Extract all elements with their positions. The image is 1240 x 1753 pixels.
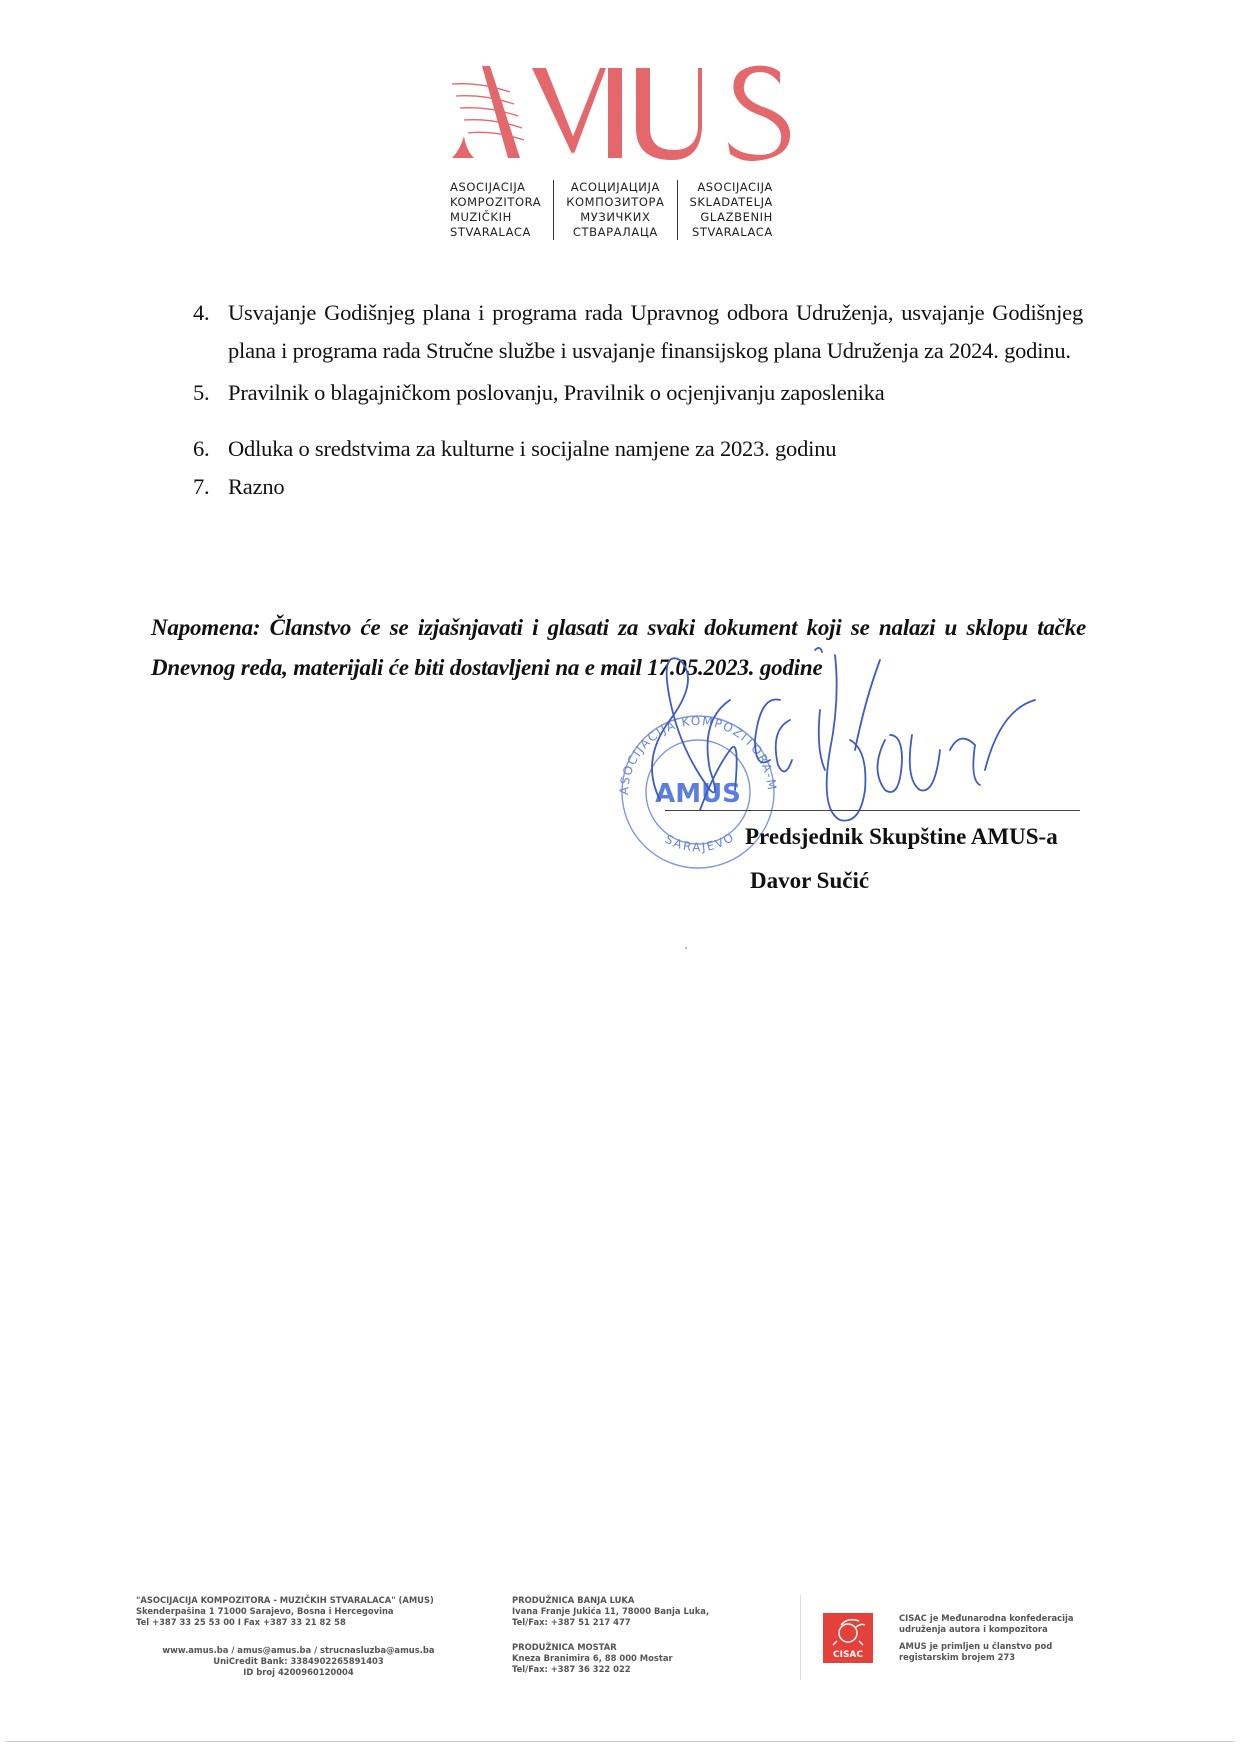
signatory-title: Predsjednik Skupštine AMUS-a: [745, 824, 1058, 850]
agenda-text: Odluka o sredstvima za kulturne i socija…: [228, 430, 1083, 468]
footer-line: ID broj 4200960120004: [136, 1667, 461, 1678]
tagline-latin-bs: ASOCIJACIJA KOMPOZITORA MUZIČKIH STVARAL…: [450, 180, 553, 240]
tagline-line: STVARALACA: [450, 225, 541, 240]
amus-logo-mark: [450, 58, 800, 168]
tagline-line: KOMPOZITORA: [450, 195, 541, 210]
tagline-line: MUZIČKIH: [450, 210, 541, 225]
stamp-city: SARAJEVO: [663, 829, 738, 854]
scan-edge-line: [5, 1741, 1235, 1742]
tagline-line: МУЗИЧКИХ: [566, 210, 664, 225]
signature-line: [665, 810, 1080, 811]
footer-line: Skenderpašina 1 71000 Sarajevo, Bosna i …: [136, 1606, 434, 1617]
tagline-line: STVARALACA: [690, 225, 773, 240]
footer-web-links[interactable]: www.amus.ba / amus@amus.ba / strucnasluz…: [136, 1645, 461, 1656]
agenda-item: 5. Pravilnik o blagajničkom poslovanju, …: [193, 374, 1083, 412]
scan-speck: [685, 947, 687, 949]
footer-line: Tel +387 33 25 53 00 I Fax +387 33 21 82…: [136, 1617, 434, 1628]
footer-divider: [800, 1595, 801, 1680]
agenda-item: 6. Odluka o sredstvima za kulturne i soc…: [193, 430, 1083, 468]
footer-mostar-branch: PRODUŽNICA MOSTAR Kneza Branimira 6, 88 …: [512, 1642, 673, 1675]
agenda-item: 7. Razno: [193, 468, 1083, 506]
tagline-line: СТВАРАЛАЦА: [566, 225, 664, 240]
footer-line: "ASOCIJACIJA KOMPOZITORA - MUZIČKIH STVA…: [136, 1595, 434, 1606]
agenda-number: 4.: [193, 294, 228, 370]
cisac-emblem-icon: [823, 1613, 873, 1649]
footer-banja-luka-branch: PRODUŽNICA BANJA LUKA Ivana Franje Jukić…: [512, 1595, 709, 1628]
agenda-item: 4. Usvajanje Godišnjeg plana i programa …: [193, 294, 1083, 370]
agenda-text: Pravilnik o blagajničkom poslovanju, Pra…: [228, 374, 1083, 412]
agenda-number: 5.: [193, 374, 228, 412]
footer-line: registarskim brojem 273: [899, 1652, 1052, 1663]
tagline-line: ASOCIJACIJA: [690, 180, 773, 195]
svg-text:SARAJEVO: SARAJEVO: [663, 829, 738, 854]
footer-line: Kneza Branimira 6, 88 000 Mostar: [512, 1653, 673, 1664]
tagline-line: SKLADATELJA: [690, 195, 773, 210]
tagline-latin-hr: ASOCIJACIJA SKLADATELJA GLAZBENIH STVARA…: [678, 180, 773, 240]
tagline-line: ASOCIJACIJA: [450, 180, 541, 195]
tagline-line: GLAZBENIH: [690, 210, 773, 225]
tagline-line: КОМПОЗИТОРА: [566, 195, 664, 210]
agenda-number: 6.: [193, 430, 228, 468]
signatory-name: Davor Sučić: [750, 868, 869, 894]
cisac-logo: CISAC: [823, 1613, 873, 1663]
footer-cisac-text: CISAC je Međunarodna konfederacija udruž…: [899, 1613, 1074, 1635]
footer-line: Tel/Fax: +387 51 217 477: [512, 1617, 709, 1628]
footer-hq-contacts: www.amus.ba / amus@amus.ba / strucnasluz…: [136, 1645, 461, 1678]
footer-membership-text: AMUS je primljen u članstvo pod registar…: [899, 1641, 1052, 1663]
handwritten-signature: [640, 640, 1070, 830]
footer-line: PRODUŽNICA BANJA LUKA: [512, 1595, 709, 1606]
agenda-list: 4. Usvajanje Godišnjeg plana i programa …: [193, 294, 1083, 506]
footer-hq-address: "ASOCIJACIJA KOMPOZITORA - MUZIČKIH STVA…: [136, 1595, 434, 1628]
amus-logo: ASOCIJACIJA KOMPOZITORA MUZIČKIH STVARAL…: [450, 58, 800, 248]
footer-line: AMUS je primljen u članstvo pod: [899, 1641, 1052, 1652]
association-taglines: ASOCIJACIJA KOMPOZITORA MUZIČKIH STVARAL…: [450, 180, 800, 240]
footer-line: CISAC je Međunarodna konfederacija: [899, 1613, 1074, 1624]
agenda-text: Usvajanje Godišnjeg plana i programa rad…: [228, 294, 1083, 370]
footer-line: PRODUŽNICA MOSTAR: [512, 1642, 673, 1653]
footer-line: UniCredit Bank: 3384902265891403: [136, 1656, 461, 1667]
cisac-label: CISAC: [823, 1650, 873, 1660]
agenda-number: 7.: [193, 468, 228, 506]
footer-line: udruženja autora i kompozitora: [899, 1624, 1074, 1635]
tagline-line: АСОЦИЈАЦИЈА: [566, 180, 664, 195]
agenda-text: Razno: [228, 468, 1083, 506]
footer-line: Tel/Fax: +387 36 322 022: [512, 1664, 673, 1675]
footer-line: Ivana Franje Jukića 11, 78000 Banja Luka…: [512, 1606, 709, 1617]
tagline-cyrillic: АСОЦИЈАЦИЈА КОМПОЗИТОРА МУЗИЧКИХ СТВАРАЛ…: [553, 180, 677, 240]
